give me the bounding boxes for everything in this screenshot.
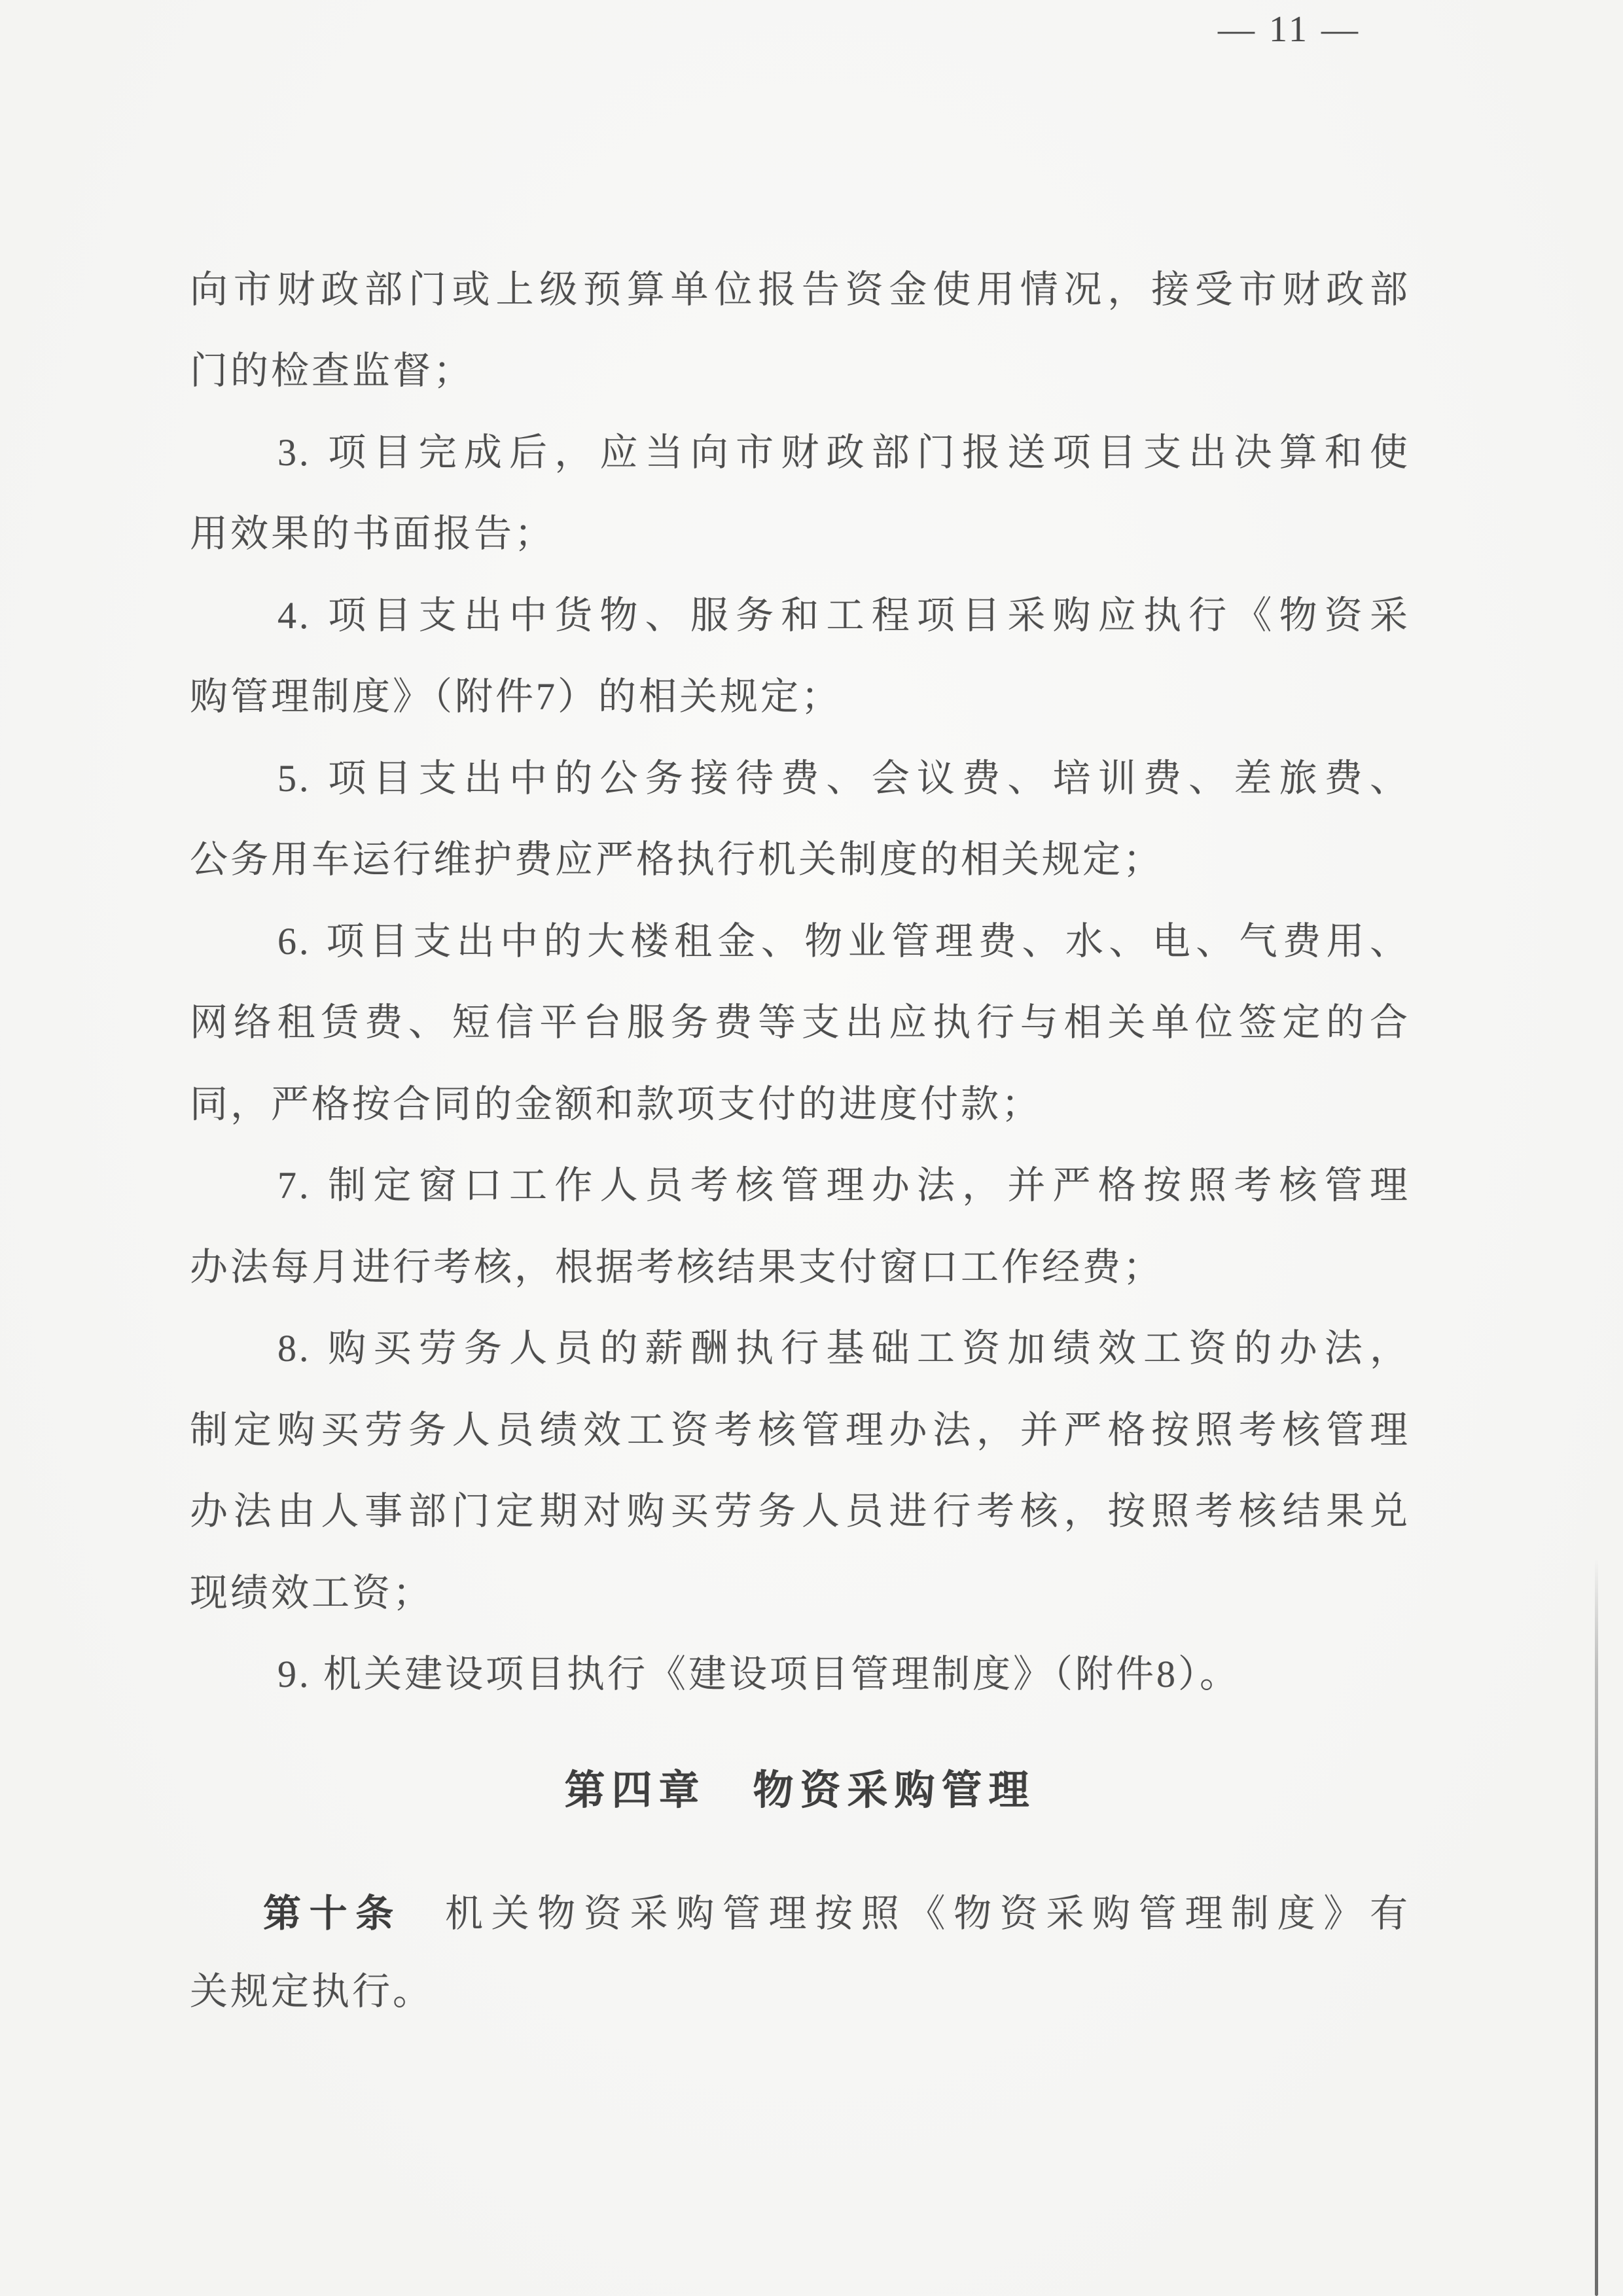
body-line: 用效果的书面报告；: [190, 493, 1410, 574]
body-line: 购管理制度》（附件7）的相关规定；: [190, 656, 1410, 737]
body-line: 8. 购买劳务人员的薪酬执行基础工资加绩效工资的办法，: [190, 1308, 1410, 1389]
body-line: 3. 项目完成后，应当向市财政部门报送项目支出决算和使: [190, 412, 1410, 493]
article-line: 第十条机关物资采购管理按照《物资采购管理制度》有: [190, 1873, 1410, 1954]
article-text: 机关物资采购管理按照《物资采购管理制度》有: [445, 1892, 1410, 1935]
body-line: 制定购买劳务人员绩效工资考核管理办法，并严格按照考核管理: [190, 1390, 1410, 1471]
chapter-heading: 第四章 物资采购管理: [190, 1761, 1410, 1820]
body-line: 4. 项目支出中货物、服务和工程项目采购应执行《物资采: [190, 575, 1410, 656]
body-line: 公务用车运行维护费应严格执行机关制度的相关规定；: [190, 819, 1410, 900]
page-number: — 11 —: [1145, 0, 1433, 59]
body-line: 6. 项目支出中的大楼租金、物业管理费、水、电、气费用、: [190, 901, 1410, 982]
body-line: 同，严格按合同的金额和款项支付的进度付款；: [190, 1064, 1410, 1145]
body-line: 5. 项目支出中的公务接待费、会议费、培训费、差旅费、: [190, 738, 1410, 819]
body-line: 办法每月进行考核，根据考核结果支付窗口工作经费；: [190, 1227, 1410, 1308]
body-line: 关规定执行。: [190, 1951, 1410, 2032]
article-number-label: 第十条: [263, 1892, 402, 1935]
body-line: 现绩效工资；: [190, 1553, 1410, 1634]
body-line: 网络租赁费、短信平台服务费等支出应执行与相关单位签定的合: [190, 982, 1410, 1063]
body-line: 办法由人事部门定期对购买劳务人员进行考核，按照考核结果兑: [190, 1471, 1410, 1552]
body-line: 向市财政部门或上级预算单位报告资金使用情况，接受市财政部: [190, 249, 1410, 330]
body-line: 门的检查监督；: [190, 330, 1410, 412]
scan-artifact-line: [1595, 1557, 1598, 2296]
body-line: 9. 机关建设项目执行《建设项目管理制度》（附件8）。: [190, 1634, 1410, 1715]
document-page: 向市财政部门或上级预算单位报告资金使用情况，接受市财政部 门的检查监督； 3. …: [0, 0, 1623, 2296]
body-line: 7. 制定窗口工作人员考核管理办法，并严格按照考核管理: [190, 1145, 1410, 1226]
